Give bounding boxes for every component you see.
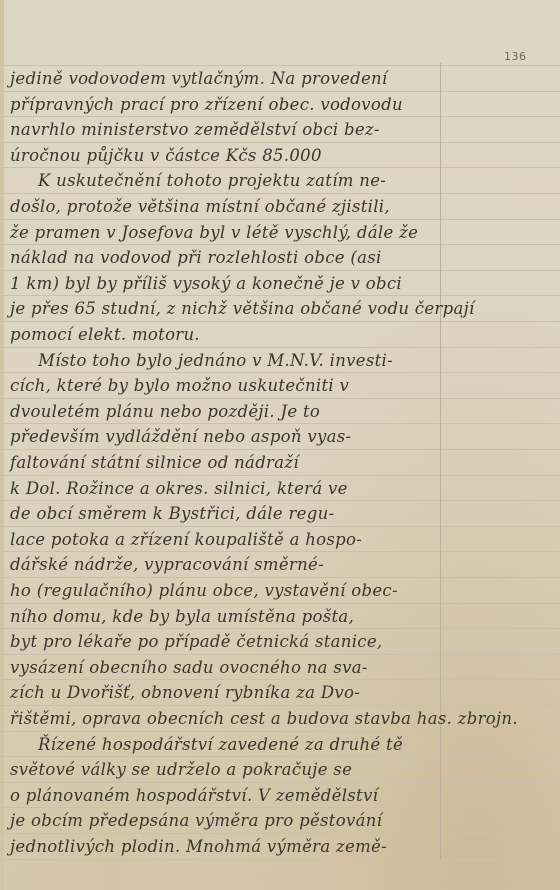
text-line: ního domu, kde by byla umístěna pošta, [10, 607, 555, 627]
ruled-line [0, 603, 560, 604]
text-line: byt pro lékaře po případě četnická stani… [10, 632, 555, 652]
text-line: dářské nádrže, vypracování směrné- [10, 555, 555, 575]
text-line: náklad na vodovod při rozlehlosti obce (… [10, 248, 555, 268]
ruled-line [0, 859, 560, 860]
ruled-line [0, 219, 560, 220]
text-line: Místo toho bylo jednáno v M.N.V. investi… [38, 351, 560, 371]
page-number: 136 [504, 50, 527, 63]
ruled-line [0, 756, 560, 757]
text-line: faltování státní silnice od nádraží [10, 453, 555, 473]
text-line: k Dol. Rožince a okres. silnici, která v… [10, 479, 555, 499]
text-line: jednotlivých plodin. Mnohmá výměra země- [10, 837, 555, 857]
text-line: je přes 65 studní, z nichž většina občan… [10, 299, 555, 319]
text-line: vysázení obecního sadu ovocného na sva- [10, 658, 555, 678]
text-line: jedině vodovodem vytlačným. Na provedení [10, 69, 555, 89]
text-line: 1 km) byl by příliš vysoký a konečně je … [10, 274, 555, 294]
ruled-line [0, 193, 560, 194]
ruled-line [0, 679, 560, 680]
ruled-line [0, 654, 560, 655]
ruled-line [0, 551, 560, 552]
text-line: cích, které by bylo možno uskutečniti v [10, 376, 555, 396]
ruled-line [0, 731, 560, 732]
ruled-line [0, 705, 560, 706]
text-line: ho (regulačního) plánu obce, vystavění o… [10, 581, 555, 601]
ruled-line [0, 116, 560, 117]
ruled-line [0, 321, 560, 322]
ruled-line [0, 475, 560, 476]
manuscript-page: 136 jedině vodovodem vytlačným. Na prove… [0, 0, 560, 890]
ruled-line [0, 782, 560, 783]
ruled-line [0, 295, 560, 296]
ruled-line [0, 577, 560, 578]
text-line: řištěmi, oprava obecních cest a budova s… [10, 709, 555, 729]
text-line: úročnou půjčku v částce Kčs 85.000 [10, 146, 555, 166]
ruled-line [0, 807, 560, 808]
ruled-line [0, 500, 560, 501]
ruled-line [0, 347, 560, 348]
ruled-line [0, 65, 560, 66]
text-line: navrhlo ministerstvo zemědělství obci be… [10, 120, 555, 140]
ruled-line [0, 423, 560, 424]
ruled-line [0, 526, 560, 527]
text-line: že pramen v Josefova byl v létě vyschlý,… [10, 223, 555, 243]
ruled-line [0, 372, 560, 373]
text-line: především vydláždění nebo aspoň vyas- [10, 427, 555, 447]
ruled-line [0, 270, 560, 271]
text-line: došlo, protože většina místní občané zji… [10, 197, 555, 217]
ruled-line [0, 142, 560, 143]
text-line: pomocí elekt. motoru. [10, 325, 555, 345]
text-line: de obcí směrem k Bystřici, dále regu- [10, 504, 555, 524]
text-line: je obcím předepsána výměra pro pěstování [10, 811, 555, 831]
ruled-line [0, 449, 560, 450]
text-line: K uskutečnění tohoto projektu zatím ne- [38, 171, 560, 191]
ruled-line [0, 833, 560, 834]
text-line: přípravných prací pro zřízení obec. vodo… [10, 95, 555, 115]
text-line: Řízené hospodářství zavedené za druhé tě [38, 735, 560, 755]
ruled-line [0, 167, 560, 168]
text-line: dvouletém plánu nebo později. Je to [10, 402, 555, 422]
ruled-line [0, 91, 560, 92]
text-line: o plánovaném hospodářství. V zemědělství [10, 786, 555, 806]
ruled-line [0, 628, 560, 629]
text-line: světové války se udrželo a pokračuje se [10, 760, 555, 780]
ruled-line [0, 244, 560, 245]
text-line: zích u Dvořišť, obnovení rybníka za Dvo- [10, 683, 555, 703]
ruled-line [0, 398, 560, 399]
text-line: lace potoka a zřízení koupaliště a hospo… [10, 530, 555, 550]
